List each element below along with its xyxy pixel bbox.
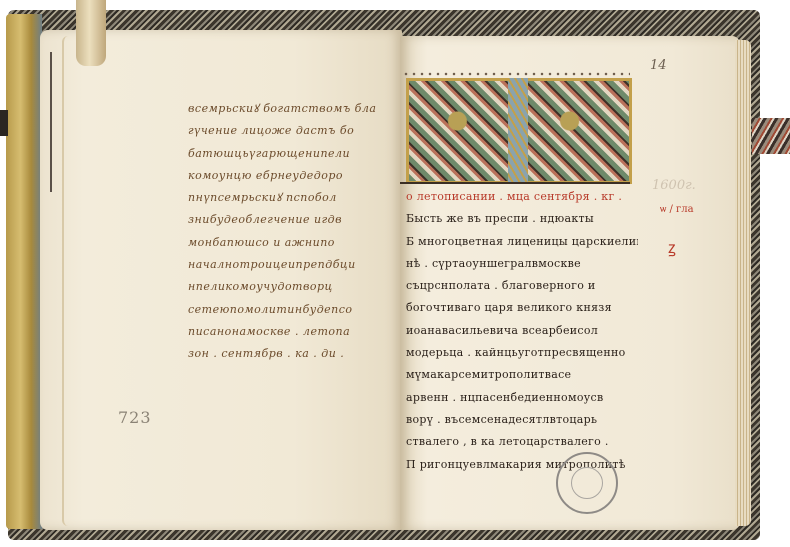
text-line: батюшцьүгарющенипели — [188, 143, 403, 165]
text-line: Б многоцветная лиценицы царскиелицн — [406, 231, 638, 253]
text-line: комоунцю ебрнеудедоро — [188, 165, 403, 187]
text-line: ворү . въсемсенадесятлвтоцарь — [406, 409, 638, 431]
margin-rule — [50, 52, 52, 192]
bookmark — [76, 0, 106, 66]
text-line: гүчение лицоже дастъ бо — [188, 120, 403, 142]
manuscript-photo: всемрьскиꙋ богатствомъ бла гүчение лицож… — [0, 0, 790, 547]
red-margin-note: ѡ / гла — [660, 204, 694, 216]
text-line: началнотроицеипрепдбци — [188, 254, 403, 276]
text-line: нпеликомоучудотворц — [188, 276, 403, 298]
text-line: арвенн . нцпасенбедиенномоусв — [406, 387, 638, 409]
text-line: богочтиваго царя великого князя — [406, 297, 638, 319]
shelfmark-number: 723 — [118, 408, 152, 427]
text-line: писанонамоскве . летопа — [188, 321, 403, 343]
left-page-text: всемрьскиꙋ богатствомъ бла гүчение лицож… — [188, 98, 403, 366]
text-line: нѣ . сүртаоуншегралвмоскве — [406, 253, 638, 275]
text-line: сетеюпомолитинбудепсо — [188, 299, 403, 321]
text-line: знибудеоблегчение игдв — [188, 209, 403, 231]
text-line: монбапюшсо и ажнипо — [188, 232, 403, 254]
book-spine-edge — [6, 14, 42, 529]
text-line: съцрснполата . благоверного и — [406, 275, 638, 297]
text-line: всемрьскиꙋ богатствомъ бла — [188, 98, 403, 120]
folio-number: 14 — [650, 58, 667, 73]
stamp-inner-ring — [571, 467, 603, 499]
headpiece-interlace-band — [508, 78, 528, 184]
red-margin-numeral: ꙁ — [668, 236, 676, 258]
text-line: Бысть же въ преспи . ндюакты — [406, 208, 638, 230]
pencil-date-note: 1600г. — [652, 178, 696, 193]
text-line: иоанавасильевича всеарбеисол — [406, 320, 638, 342]
text-line: мүмакарсемитрополитвасе — [406, 364, 638, 386]
page-edges — [735, 40, 751, 526]
library-stamp — [556, 452, 618, 514]
right-page-text: о летописании . мца сентября . кг . Быст… — [406, 186, 638, 476]
rubric-title: о летописании . мца сентября . кг . — [406, 186, 638, 208]
headpiece-dots — [402, 70, 630, 78]
left-clasp — [0, 110, 8, 136]
headpiece-rule — [400, 182, 630, 184]
text-line: зон . сентябрв . ка . ди . — [188, 343, 403, 365]
text-line: ствалего , в ка летоцарствалего . — [406, 431, 638, 453]
text-line: модерьца . кайнцьуготпресвященно — [406, 342, 638, 364]
text-line: пнүпсемрьскиꙋ пспобол — [188, 187, 403, 209]
right-clasp — [752, 118, 790, 154]
